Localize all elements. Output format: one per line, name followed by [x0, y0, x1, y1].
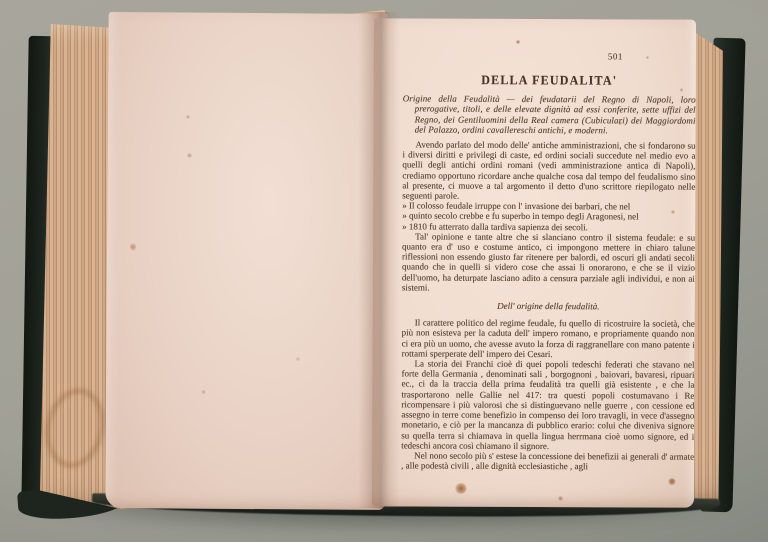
page-gutter-shadow — [358, 12, 400, 508]
foxing-spot — [682, 144, 686, 148]
quoted-passage: » Il colosso feudale irruppe con l' inva… — [402, 201, 695, 233]
section-subheading: Dell' origine della feudalità. — [402, 300, 695, 311]
body-paragraph: Nel nono secolo più s' estese la concess… — [401, 450, 694, 472]
foxing-spot — [516, 40, 520, 44]
body-paragraph: Avendo parlato del modo delle' antiche a… — [402, 139, 695, 201]
foxing-spot — [680, 88, 683, 92]
foxing-spot — [618, 121, 622, 125]
body-paragraph: Il carattere politico del regime feudale… — [402, 318, 695, 360]
foxing-spot — [558, 496, 563, 501]
left-blank-page — [105, 12, 387, 510]
chapter-heading: DELLA FEUDALITA' — [403, 74, 696, 86]
foxing-spot — [187, 153, 192, 158]
page-number: 501 — [608, 51, 623, 61]
body-paragraph: La storia dei Franchi cioè di quei popol… — [401, 359, 694, 452]
right-text-page: 501 DELLA FEUDALITA' Origine della Feuda… — [372, 18, 696, 507]
text-column: 501 DELLA FEUDALITA' Origine della Feuda… — [401, 45, 696, 472]
foxing-spot — [646, 56, 649, 59]
chapter-argument-summary: Origine della Feudalità — dei feudatarii… — [403, 94, 696, 136]
foxing-spot — [130, 243, 136, 251]
foxing-spot — [668, 478, 676, 485]
photo-of-open-book: 501 DELLA FEUDALITA' Origine della Feuda… — [0, 0, 768, 542]
body-paragraph: Tal' opinione e tante altre che si slanc… — [402, 231, 695, 293]
foxing-spot — [296, 357, 300, 361]
foxing-spot — [671, 210, 675, 214]
foxing-spot — [186, 115, 190, 119]
foxing-spot — [201, 390, 206, 394]
foxing-spot — [455, 483, 467, 494]
